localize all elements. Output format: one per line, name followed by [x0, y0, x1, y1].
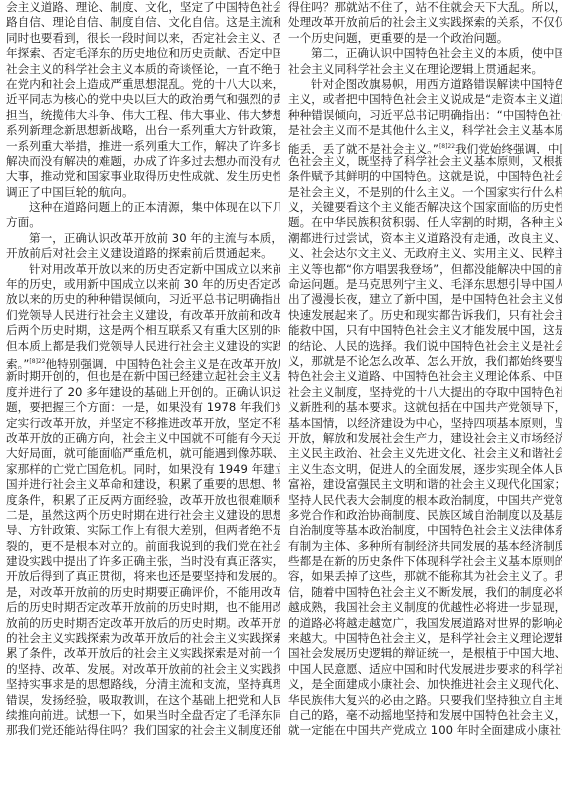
- text-line-content: 条件赋予其鲜明的中国特色。这就是说，中国特色社会主义: [288, 169, 562, 183]
- text-line: 得住吗？那就站不住了，站不住就会天下大乱。所以，正确: [288, 0, 562, 15]
- text-line-content: 容，如果丢掉了这些，那就不能称其为社会主义了。我们坚: [288, 569, 562, 583]
- text-line-content: 导、方针政策、实际工作上有很大差别，但两者绝不是彼此割: [6, 523, 280, 537]
- text-line-content: 富裕，建设富强民主文明和谐的社会主义现代化国家；包括: [288, 477, 562, 491]
- text-line-content: 主义民主政治、社会主义先进文化、社会主义和谐社会、社会: [288, 446, 562, 460]
- text-line: 是社会主义，不是别的什么主义。一个国家实行什么样的主: [288, 185, 562, 200]
- text-line-content: 裂的，更不是根本对立的。前面我说到的我们党在社会主义: [6, 539, 280, 553]
- text-line: 信，随着中国特色社会主义不断发展，我们的制度必将越来: [288, 585, 562, 600]
- text-line-content: 的结论、人民的选择。我们说中国特色社会主义是社会主: [288, 339, 562, 353]
- text-line-content: 出了漫漫长夜，建立了新中国，是中国特色社会主义使中国: [288, 292, 562, 306]
- text-line-content: 那我们党还能站得住吗？我们国家的社会主义制度还能站: [6, 723, 280, 737]
- text-line: 错误，发扬经验，吸取教训，在这个基础上把党和人民事业继: [6, 693, 280, 708]
- text-line-continuation: 他特别强调，中国特色社会主义是在改革开放历史: [46, 357, 280, 370]
- text-line: 多党合作和政治协商制度、民族区域自治制度以及基层群众: [288, 508, 562, 523]
- text-line: 一系列重大举措，推进一系列重大工作，解决了许多长期想: [6, 139, 280, 154]
- text-line-content: 坚持实事求是的思想路线，分清主流和支流，坚持真理，修正: [6, 677, 280, 691]
- text-line-content: 多党合作和政治协商制度、民族区域自治制度以及基层群众: [288, 508, 562, 522]
- text-line-content: 坚持人民代表大会制度的根本政治制度，中国共产党领导的: [288, 493, 562, 507]
- left-column: 会主义道路、理论、制度、文化，坚定了中国特色社会主义道路自信、理论自信、制度自信…: [6, 0, 280, 739]
- text-line-content: 一系列重大举措，推进一系列重大工作，解决了许多长期想: [6, 139, 280, 153]
- text-line: 的社会主义实践探索为改革开放后的社会主义实践探索积: [6, 631, 280, 646]
- text-line-content: 特色社会主义道路、中国特色社会主义理论体系、中国特色: [288, 369, 562, 383]
- text-line: 但本质上都是我们党领导人民进行社会主义建设的实践探: [6, 339, 280, 354]
- text-line-content: 是社会主义而不是其他什么主义，科学社会主义基本原则不: [288, 123, 562, 137]
- text-line-content: 主义等也都“你方唱罢我登场”，但都没能解决中国的前途和: [288, 262, 562, 276]
- text-line: 导、方针政策、实际工作上有很大差别，但两者绝不是彼此割: [6, 523, 280, 538]
- text-line-content: 义、社会达尔文主义、无政府主义、实用主义、民粹主义、工团: [288, 246, 562, 260]
- text-line: 国社会发展历史逻辑的辩证统一，是根植于中国大地、反映: [288, 646, 562, 661]
- text-line-content: 后两个历史时期，这是两个相互联系又有重大区别的时期，: [6, 323, 280, 337]
- text-line-content: 度并进行了 20 多年建设的基础上开创的。正确认识这个问: [6, 385, 280, 399]
- text-line-content: 主义生态文明，促进人的全面发展，逐步实现全体人民共同: [288, 462, 562, 476]
- text-line: 是社会主义而不是其他什么主义，科学社会主义基本原则不: [288, 123, 562, 138]
- text-line: 家那样的亡党亡国危机。同时，如果没有 1949 年建立新中: [6, 462, 280, 477]
- text-line-content: 快速发展起来了。历史和现实都告诉我们，只有社会主义才: [288, 308, 562, 322]
- text-line-content: 色社会主义，既坚持了科学社会主义基本原则，又根据时代: [288, 154, 562, 168]
- text-line-content: 自治制度等基本政治制度，中国特色社会主义法律体系，公: [288, 523, 562, 537]
- text-line-content: 自己的路，毫不动摇地坚持和发展中国特色社会主义，我们: [288, 708, 562, 722]
- text-line-content: 针对用改革开放以来的历史否定新中国成立以来前 30: [29, 262, 280, 276]
- text-line: 定实行改革开放，并坚定不移推进改革开放，坚定不移把握: [6, 416, 280, 431]
- text-line-content: 二是，虽然这两个历史时期在进行社会主义建设的思想指: [6, 508, 280, 522]
- text-line: 解决而没有解决的难题，办成了许多过去想办而没有办成的: [6, 154, 280, 169]
- text-line: 年探索、否定毛泽东的历史地位和历史贡献、否定中国特色: [6, 46, 280, 61]
- text-line: 坚持人民代表大会制度的根本政治制度，中国共产党领导的: [288, 493, 562, 508]
- text-line: 命运问题。是马克思列宁主义、毛泽东思想引导中国人民走: [288, 277, 562, 292]
- text-line: 社会主义同科学社会主义在理论逻辑上贯通起来。: [288, 62, 562, 77]
- text-line-content: 方面。: [6, 215, 41, 229]
- text-line: 会主义道路、理论、制度、文化，坚定了中国特色社会主义道: [6, 0, 280, 15]
- text-line: 出了漫漫长夜，建立了新中国，是中国特色社会主义使中国: [288, 292, 562, 307]
- text-line-content: 中国人民意愿、适应中国和时代发展进步要求的科学社会主: [288, 662, 562, 676]
- text-line: 容，如果丢掉了这些，那就不能称其为社会主义了。我们坚: [288, 569, 562, 584]
- text-line-content: 们党领导人民进行社会主义建设，有改革开放前和改革开放: [6, 308, 280, 322]
- text-line: 路自信、理论自信、制度自信、文化自信。这是主流和本质。: [6, 15, 280, 30]
- text-line-content: 会主义道路、理论、制度、文化，坚定了中国特色社会主义道: [6, 0, 280, 14]
- text-line: 基本国情，以经济建设为中心，坚持四项基本原则，坚持改革: [288, 416, 562, 431]
- text-line-content: 命运问题。是马克思列宁主义、毛泽东思想引导中国人民走: [288, 277, 562, 291]
- text-line: 色社会主义，既坚持了科学社会主义基本原则，又根据时代: [288, 154, 562, 169]
- text-line: 大好局面，就可能面临严重危机，就可能遇到像苏联、东欧国: [6, 446, 280, 461]
- text-line-content: 开放前后对社会主义建设道路的探索前后贯通起来。: [6, 246, 273, 260]
- text-line: 索。”[8]22他特别强调，中国特色社会主义是在改革开放历史: [6, 354, 280, 369]
- text-line: 续推向前进。试想一下，如果当时全盘否定了毛泽东同志，: [6, 708, 280, 723]
- text-line: 系列新理念新思想新战略，出台一系列重大方针政策，推出: [6, 123, 280, 138]
- text-line: 越成熟，我国社会主义制度的优越性必将进一步显现，我们: [288, 600, 562, 615]
- text-line-content: 是社会主义，不是别的什么主义。一个国家实行什么样的主: [288, 185, 562, 199]
- text-line: 在党内和社会上造成严重思想混乱。党的十八大以来，以习: [6, 77, 280, 92]
- text-line: 义，关键要看这个主义能否解决这个国家面临的历史性课: [288, 200, 562, 215]
- text-line: 的道路必将越走越宽广，我国发展道路对世界的影响必将越: [288, 616, 562, 631]
- text-line: 后两个历史时期，这是两个相互联系又有重大区别的时期，: [6, 323, 280, 338]
- text-line-content: 放前的历史时期否定改革开放后的历史时期。改革开放前: [6, 616, 280, 630]
- text-line: 主义，或者把中国特色社会主义说成是“走资本主义道路”的: [288, 92, 562, 107]
- text-line: 裂的，更不是根本对立的。前面我说到的我们党在社会主义: [6, 539, 280, 554]
- text-line: 社会主义制度，坚持党的十八大提出的夺取中国特色社会主: [288, 385, 562, 400]
- text-line: 快速发展起来了。历史和现实都告诉我们，只有社会主义才: [288, 308, 562, 323]
- text-line-content: 处理改革开放前后的社会主义实践探索的关系，不仅仅只是: [288, 15, 562, 29]
- text-line-content: 家那样的亡党亡国危机。同时，如果没有 1949 年建立新中: [6, 462, 280, 476]
- text-line: 改革开放的正确方向，社会主义中国就不可能有今天这样的: [6, 431, 280, 446]
- text-line-content: 社会主义制度，坚持党的十八大提出的夺取中国特色社会主: [288, 385, 562, 399]
- citation-superscript: [8]22: [439, 143, 455, 150]
- text-line: 后的历史时期否定改革开放前的历史时期，也不能用改革开: [6, 600, 280, 615]
- text-line-content: 信，随着中国特色社会主义不断发展，我们的制度必将越来: [288, 585, 562, 599]
- text-line-content: 改革开放的正确方向，社会主义中国就不可能有今天这样的: [6, 431, 280, 445]
- text-line-content: 的坚持、改革、发展。对改革开放前的社会主义实践探索，要: [6, 662, 280, 676]
- text-line: 自治制度等基本政治制度，中国特色社会主义法律体系，公: [288, 523, 562, 538]
- text-line-content: 国并进行社会主义革命和建设，积累了重要的思想、物质、制: [6, 477, 280, 491]
- text-line: 第一，正确认识改革开放前 30 年的主流与本质，使改革: [6, 231, 280, 246]
- text-line-content: 国社会发展历史逻辑的辩证统一，是根植于中国大地、反映: [288, 646, 562, 660]
- text-line-content: 社会主义同科学社会主义在理论逻辑上贯通起来。: [288, 62, 543, 76]
- text-line-content: 定实行改革开放，并坚定不移推进改革开放，坚定不移把握: [6, 416, 280, 430]
- text-line: 针对用改革开放以来的历史否定新中国成立以来前 30: [6, 262, 280, 277]
- text-line: 一个历史问题，更重要的是一个政治问题。: [288, 31, 562, 46]
- text-line-content: 第一，正确认识改革开放前 30 年的主流与本质，使改革: [29, 231, 280, 245]
- text-line: 特色社会主义道路、中国特色社会主义理论体系、中国特色: [288, 369, 562, 384]
- text-line-content: 解决而没有解决的难题，办成了许多过去想办而没有办成的: [6, 154, 280, 168]
- text-line: 们党领导人民进行社会主义建设，有改革开放前和改革开放: [6, 308, 280, 323]
- text-line-content: 近平同志为核心的党中央以巨大的政治勇气和强烈的责任: [6, 92, 280, 106]
- text-line: 开放，解放和发展社会生产力，建设社会主义市场经济、社会: [288, 431, 562, 446]
- text-line-content: 些都是在新的历史条件下体现科学社会主义基本原则的内: [288, 554, 562, 568]
- citation-superscript: [8]22: [29, 358, 45, 365]
- text-line: 华民族伟大复兴的必由之路。只要我们坚持独立自主地走: [288, 693, 562, 708]
- text-line: 处理改革开放前后的社会主义实践探索的关系，不仅仅只是: [288, 15, 562, 30]
- text-line-content: 索。”: [6, 357, 29, 370]
- text-line: 题，要把握三个方面：一是，如果没有 1978 年我们党果断决: [6, 400, 280, 415]
- text-line-content: 大事，推动党和国家事业取得历史性成就、发生历史性变革，: [6, 169, 280, 183]
- text-line-content: 潮都进行过尝试，资本主义道路没有走通，改良主义、自由主: [288, 231, 562, 245]
- text-line-content: 这种在道路问题上的正本清源，集中体现在以下几个: [29, 200, 280, 214]
- right-column: 得住吗？那就站不住了，站不住就会天下大乱。所以，正确处理改革开放前后的社会主义实…: [288, 0, 562, 739]
- text-line: 担当，统揽伟大斗争、伟大工程、伟大事业、伟大梦想，提出一: [6, 108, 280, 123]
- text-line-content: 第二，正确认识中国特色社会主义的本质，使中国特色: [311, 46, 562, 60]
- text-line: 有制为主体、多种所有制经济共同发展的基本经济制度。这: [288, 539, 562, 554]
- text-line: 中国人民意愿、适应中国和时代发展进步要求的科学社会主: [288, 662, 562, 677]
- text-line-content: 担当，统揽伟大斗争、伟大工程、伟大事业、伟大梦想，提出一: [6, 108, 280, 122]
- text-line: 来越大。中国特色社会主义，是科学社会主义理论逻辑和中: [288, 631, 562, 646]
- text-line: 主义生态文明，促进人的全面发展，逐步实现全体人民共同: [288, 462, 562, 477]
- text-line-content: 基本国情，以经济建设为中心，坚持四项基本原则，坚持改革: [288, 416, 562, 430]
- text-line-content: 调正了中国巨轮的航向。: [6, 185, 134, 199]
- text-line-content: 种种错误倾向，习近平总书记明确指出：“中国特色社会主义: [288, 108, 562, 122]
- text-line-content: 针对企图改旗易帜，用西方道路错误解读中国特色社会: [311, 77, 562, 91]
- text-line-content: 系列新理念新思想新战略，出台一系列重大方针政策，推出: [6, 123, 280, 137]
- text-line-content: 大好局面，就可能面临严重危机，就可能遇到像苏联、东欧国: [6, 446, 280, 460]
- text-line-content: 一个历史问题，更重要的是一个政治问题。: [288, 31, 508, 45]
- text-line: 建设实践中提出了许多正确主张，当时没有真正落实，改革: [6, 554, 280, 569]
- text-line-content: 错误，发扬经验，吸取教训，在这个基础上把党和人民事业继: [6, 693, 280, 707]
- text-line-content: 续推向前进。试想一下，如果当时全盘否定了毛泽东同志，: [6, 708, 280, 722]
- text-line-content: 年的历史，或用新中国成立以来前 30 年的历史否定改革开: [6, 277, 280, 291]
- text-line: 度条件，积累了正反两方面经验，改革开放也很难顺利推进。: [6, 493, 280, 508]
- text-line-content: 新时期开创的，但也是在新中国已经建立起社会主义基本制: [6, 369, 280, 383]
- text-line-content: 得住吗？那就站不住了，站不住就会天下大乱。所以，正确: [288, 0, 562, 14]
- text-line: 累了条件，改革开放后的社会主义实践探索是对前一个时期: [6, 646, 280, 661]
- text-line-content: 路自信、理论自信、制度自信、文化自信。这是主流和本质。: [6, 15, 280, 29]
- text-line: 同时也要看到，很长一段时间以来，否定社会主义、否定前 30: [6, 31, 280, 46]
- text-line: 国并进行社会主义革命和建设，积累了重要的思想、物质、制: [6, 477, 280, 492]
- text-line: 自己的路，毫不动摇地坚持和发展中国特色社会主义，我们: [288, 708, 562, 723]
- text-line: 种种错误倾向，习近平总书记明确指出：“中国特色社会主义: [288, 108, 562, 123]
- text-line: 题。在中华民族积贫积弱、任人宰割的时期，各种主义和思: [288, 215, 562, 230]
- text-line: 义、社会达尔文主义、无政府主义、实用主义、民粹主义、工团: [288, 246, 562, 261]
- text-line: 是，对改革开放前的历史时期要正确评价，不能用改革开放: [6, 585, 280, 600]
- text-line-content: 有制为主体、多种所有制经济共同发展的基本经济制度。这: [288, 539, 562, 553]
- text-line: 方面。: [6, 215, 280, 230]
- text-line-content: 社会主义的科学社会主义本质的奇谈怪论，一直不绝于耳，: [6, 62, 280, 76]
- text-line-content: 后的历史时期否定改革开放前的历史时期，也不能用改革开: [6, 600, 280, 614]
- text-line-content: 能丢，丢了就不是社会主义。”: [288, 141, 439, 154]
- text-line: 大事，推动党和国家事业取得历史性成就、发生历史性变革，: [6, 169, 280, 184]
- text-line: 开放后得到了真正贯彻，将来也还是要坚持和发展的。三: [6, 569, 280, 584]
- text-line-content: 能救中国，只有中国特色社会主义才能发展中国，这是历史: [288, 323, 562, 337]
- text-line-content: 开放，解放和发展社会生产力，建设社会主义市场经济、社会: [288, 431, 562, 445]
- text-line: 新时期开创的，但也是在新中国已经建立起社会主义基本制: [6, 369, 280, 384]
- text-line-content: 义，是全面建成小康社会、加快推进社会主义现代化、实现中: [288, 677, 562, 691]
- text-line: 针对企图改旗易帜，用西方道路错误解读中国特色社会: [288, 77, 562, 92]
- text-line: 些都是在新的历史条件下体现科学社会主义基本原则的内: [288, 554, 562, 569]
- text-line: 二是，虽然这两个历史时期在进行社会主义建设的思想指: [6, 508, 280, 523]
- text-line-content: 主义，或者把中国特色社会主义说成是“走资本主义道路”的: [288, 92, 562, 106]
- text-line-content: 题。在中华民族积贫积弱、任人宰割的时期，各种主义和思: [288, 215, 562, 229]
- text-line: 义新胜利的基本要求。这就包括在中国共产党领导下，立足: [288, 400, 562, 415]
- document-page: 会主义道路、理论、制度、文化，坚定了中国特色社会主义道路自信、理论自信、制度自信…: [0, 0, 564, 801]
- text-line: 条件赋予其鲜明的中国特色。这就是说，中国特色社会主义: [288, 169, 562, 184]
- text-line-content: 来越大。中国特色社会主义，是科学社会主义理论逻辑和中: [288, 631, 562, 645]
- text-line: 坚持实事求是的思想路线，分清主流和支流，坚持真理，修正: [6, 677, 280, 692]
- text-line-content: 的道路必将越走越宽广，我国发展道路对世界的影响必将越: [288, 616, 562, 630]
- text-line-content: 的社会主义实践探索为改革开放后的社会主义实践探索积: [6, 631, 280, 645]
- text-line: 义，那就是不论怎么改革、怎么开放，我们都始终要坚持中国: [288, 354, 562, 369]
- text-line: 这种在道路问题上的正本清源，集中体现在以下几个: [6, 200, 280, 215]
- text-line-content: 义新胜利的基本要求。这就包括在中国共产党领导下，立足: [288, 400, 562, 414]
- text-line: 社会主义的科学社会主义本质的奇谈怪论，一直不绝于耳，: [6, 62, 280, 77]
- text-line: 就一定能在中国共产党成立 100 年时全面建成小康社会，就: [288, 723, 562, 738]
- text-line-content: 开放后得到了真正贯彻，将来也还是要坚持和发展的。三: [6, 569, 280, 583]
- text-line: 的坚持、改革、发展。对改革开放前的社会主义实践探索，要: [6, 662, 280, 677]
- text-line-content: 度条件，积累了正反两方面经验，改革开放也很难顺利推进。: [6, 493, 280, 507]
- text-line: 放以来的历史的种种错误倾向，习近平总书记明确指出：“我: [6, 292, 280, 307]
- text-line: 调正了中国巨轮的航向。: [6, 185, 280, 200]
- text-line-content: 义，关键要看这个主义能否解决这个国家面临的历史性课: [288, 200, 562, 214]
- text-line: 主义民主政治、社会主义先进文化、社会主义和谐社会、社会: [288, 446, 562, 461]
- text-line: 义，是全面建成小康社会、加快推进社会主义现代化、实现中: [288, 677, 562, 692]
- text-line: 开放前后对社会主义建设道路的探索前后贯通起来。: [6, 246, 280, 261]
- text-line-content: 是，对改革开放前的历史时期要正确评价，不能用改革开放: [6, 585, 280, 599]
- text-line-content: 建设实践中提出了许多正确主张，当时没有真正落实，改革: [6, 554, 280, 568]
- text-line: 潮都进行过尝试，资本主义道路没有走通，改良主义、自由主: [288, 231, 562, 246]
- text-line-content: 累了条件，改革开放后的社会主义实践探索是对前一个时期: [6, 646, 280, 660]
- text-line-content: 放以来的历史的种种错误倾向，习近平总书记明确指出：“我: [6, 292, 280, 306]
- text-line: 近平同志为核心的党中央以巨大的政治勇气和强烈的责任: [6, 92, 280, 107]
- text-line-content: 同时也要看到，很长一段时间以来，否定社会主义、否定前 30: [6, 31, 280, 45]
- text-line-content: 但本质上都是我们党领导人民进行社会主义建设的实践探: [6, 339, 280, 353]
- text-line-content: 越成熟，我国社会主义制度的优越性必将进一步显现，我们: [288, 600, 562, 614]
- text-line-content: 就一定能在中国共产党成立 100 年时全面建成小康社会，就: [288, 723, 562, 737]
- text-line: 年的历史，或用新中国成立以来前 30 年的历史否定改革开: [6, 277, 280, 292]
- text-line: 放前的历史时期否定改革开放后的历史时期。改革开放前: [6, 616, 280, 631]
- text-line-continuation: 我们党始终强调，中国特: [455, 141, 562, 154]
- text-line: 主义等也都“你方唱罢我登场”，但都没能解决中国的前途和: [288, 262, 562, 277]
- text-line: 第二，正确认识中国特色社会主义的本质，使中国特色: [288, 46, 562, 61]
- text-line: 度并进行了 20 多年建设的基础上开创的。正确认识这个问: [6, 385, 280, 400]
- text-line-content: 题，要把握三个方面：一是，如果没有 1978 年我们党果断决: [6, 400, 280, 414]
- text-line-content: 年探索、否定毛泽东的历史地位和历史贡献、否定中国特色: [6, 46, 280, 60]
- text-line-content: 华民族伟大复兴的必由之路。只要我们坚持独立自主地走: [288, 693, 562, 707]
- text-line-content: 在党内和社会上造成严重思想混乱。党的十八大以来，以习: [6, 77, 280, 91]
- text-line: 能救中国，只有中国特色社会主义才能发展中国，这是历史: [288, 323, 562, 338]
- text-line-content: 义，那就是不论怎么改革、怎么开放，我们都始终要坚持中国: [288, 354, 562, 368]
- text-line: 能丢，丢了就不是社会主义。”[8]22我们党始终强调，中国特: [288, 139, 562, 154]
- text-line: 那我们党还能站得住吗？我们国家的社会主义制度还能站: [6, 723, 280, 738]
- text-line: 富裕，建设富强民主文明和谐的社会主义现代化国家；包括: [288, 477, 562, 492]
- text-line: 的结论、人民的选择。我们说中国特色社会主义是社会主: [288, 339, 562, 354]
